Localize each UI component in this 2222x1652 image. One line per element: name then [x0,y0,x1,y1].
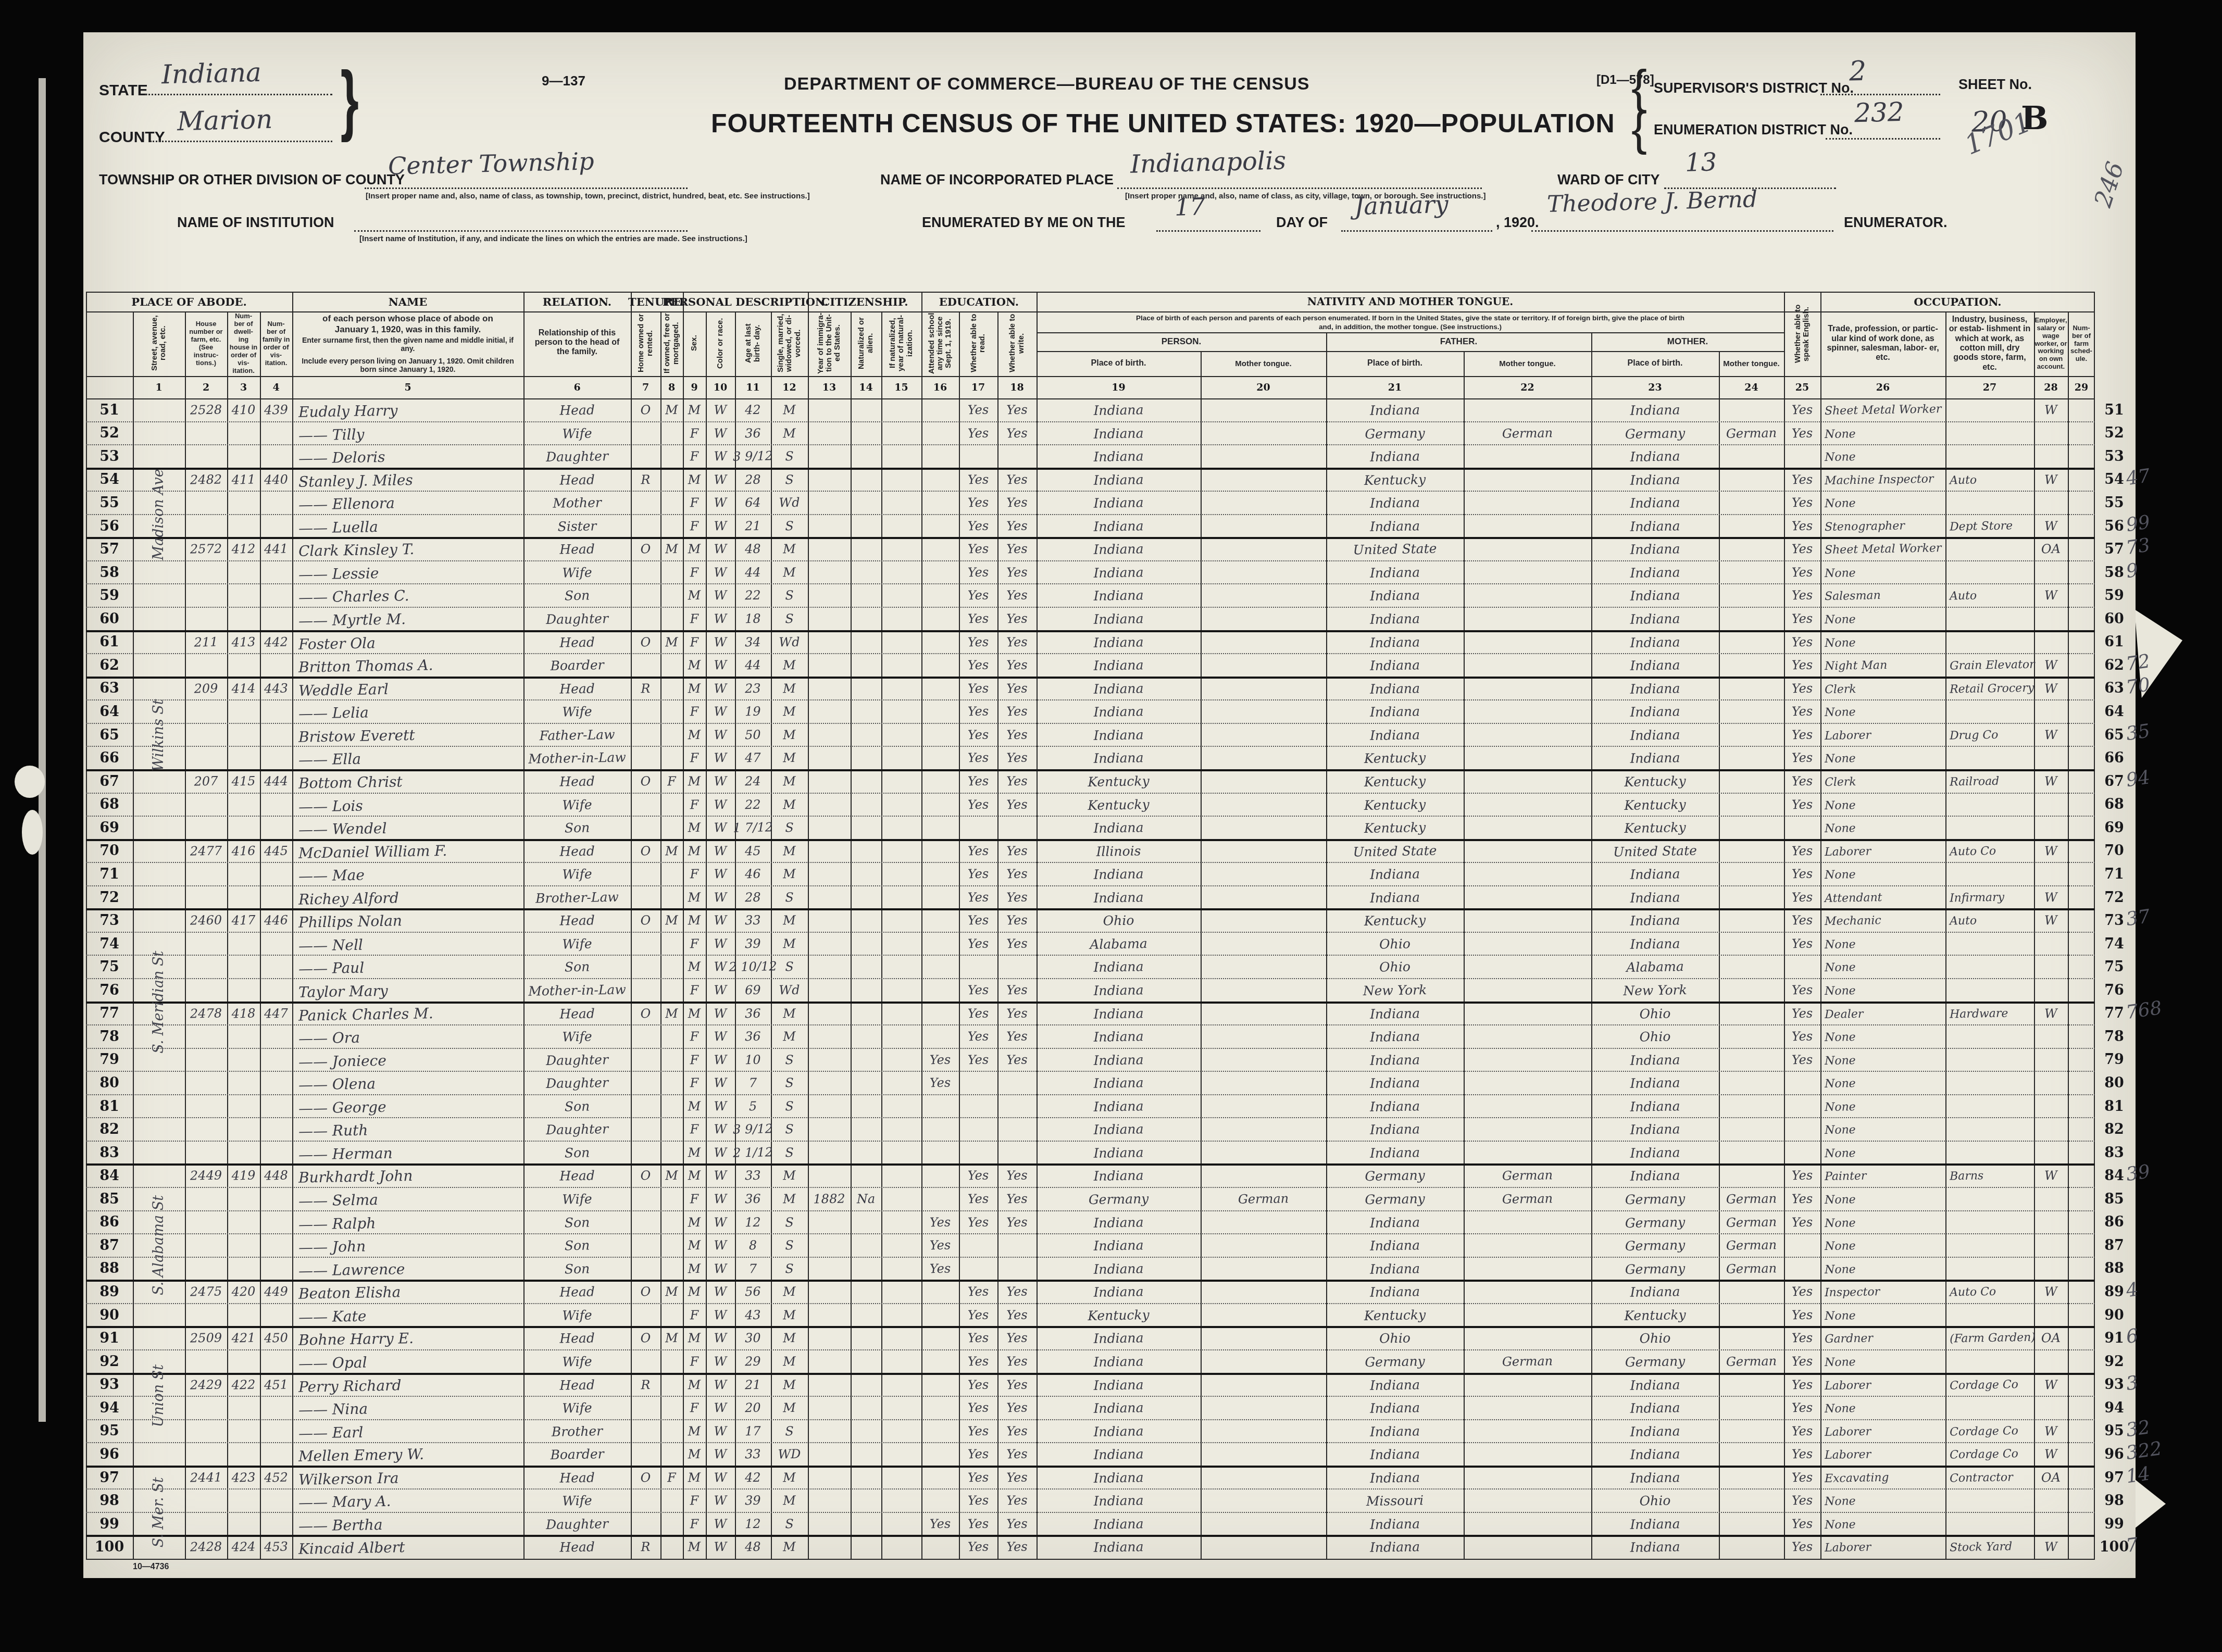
cell-mar: M [772,864,807,885]
cell-mpob: United State [1592,840,1718,862]
cell-sex: F [684,1027,705,1047]
cell-trade: None [1825,700,1945,723]
cell-mar: S [772,469,807,490]
cell-relation: Head [525,539,630,560]
colhead-natyr: If naturalized, year of natural- ization… [882,312,920,374]
cell-emp: W [2035,1374,2067,1395]
cell-industry: Auto [1950,585,2033,606]
cell-pob: Indiana [1038,584,1200,607]
person-name: Wilkerson Ira [298,1466,522,1490]
enumerator-label: ENUMERATOR. [1844,215,1948,231]
cell-relation: Wife [525,1188,630,1210]
cell-mmt: German [1720,422,1783,444]
cell-eng: Yes [1785,1537,1820,1558]
cell-color: W [707,1166,734,1186]
person-name: Kincaid Albert [298,1535,522,1559]
cell-mpob: Indiana [1592,700,1718,723]
line-number-left: 80 [86,1073,133,1093]
cell-industry: Auto Co [1950,1281,2033,1303]
cell-color: W [707,1189,734,1209]
cell-age: 48 [736,539,770,560]
cell-trade: None [1825,1490,1945,1512]
cell-family: 452 [261,1467,292,1488]
cell-pob: Indiana [1038,700,1200,723]
cell-sex: M [684,655,705,675]
cell-pob: Indiana [1038,1443,1200,1466]
cell-pob: Indiana [1038,422,1200,445]
cell-mpob: Indiana [1592,1095,1718,1118]
cell-write: Yes [998,1444,1036,1465]
cell-write: Yes [998,1026,1036,1047]
cell-age: 19 [736,702,770,722]
cell-color: W [707,1444,734,1465]
cell-pob: Indiana [1038,1327,1200,1350]
cell-emp: W [2035,841,2067,861]
col-number: 14 [851,378,881,396]
cell-age: 46 [736,864,770,885]
cell-fm: M [661,910,682,931]
cell-age: 42 [736,1467,770,1488]
cell-eng: Yes [1785,980,1820,1000]
cell-eng: Yes [1785,702,1820,722]
street-name: Union St [137,1330,181,1462]
cell-mpob: Indiana [1592,1049,1718,1071]
margin-scribble: 768 [2125,996,2174,1025]
cell-mar: M [772,1003,807,1024]
cell-fpob: Indiana [1327,654,1463,677]
cell-fpob: New York [1327,979,1463,1002]
cell-sex: F [684,632,705,652]
person-name: —— Lois [298,793,522,817]
cell-mpob: Ohio [1592,1025,1718,1048]
line-number-left: 91 [86,1329,133,1348]
cell-eng: Yes [1785,469,1820,490]
cell-fpob: Indiana [1327,515,1463,537]
cell-write: Yes [998,1305,1036,1325]
group-title-trade: OCCUPATION. [1820,294,2095,309]
cell-mar: M [772,1467,807,1488]
cell-relation: Sister [525,515,630,537]
line-number-left: 62 [86,656,133,675]
cell-fpob: Indiana [1327,492,1463,514]
cell-dwell: 417 [228,910,259,931]
cell-age: 7 [736,1258,770,1279]
cell-read: Yes [960,1537,997,1558]
row-divider [86,1094,2095,1095]
cell-eng: Yes [1785,608,1820,629]
cell-color: W [707,562,734,582]
colhead-nat: Naturalized or alien. [852,312,880,374]
cell-relation: Mother-in-Law [525,747,630,769]
line-number-right: 81 [2096,1097,2132,1116]
cell-relation: Wife [525,933,630,955]
cell-age: 1 7/12 [736,818,770,838]
col-number: 27 [1945,378,2034,396]
cell-or: O [632,1282,660,1302]
line-number-right: 78 [2096,1027,2132,1046]
cell-dwell: 410 [228,399,259,420]
cell-fpob: Indiana [1327,677,1463,699]
cell-read: Yes [960,771,997,792]
cell-color: W [707,423,734,443]
cell-write: Yes [998,1491,1036,1511]
street-name: Wilkins St [137,634,181,836]
cell-fmt: German [1465,1350,1591,1373]
line-number-right: 64 [2096,702,2132,721]
row-divider [86,1349,2095,1350]
cell-mpob: Alabama [1592,956,1718,978]
cell-color: W [707,1328,734,1348]
cell-pob: Indiana [1038,1281,1200,1304]
cell-pob: Indiana [1038,816,1200,839]
cell-color: W [707,1513,734,1534]
cell-write: Yes [998,423,1036,444]
cell-emp: W [2035,1003,2067,1024]
enum-district-line [1826,108,1940,140]
cell-trade: None [1825,631,1945,654]
cell-eng: Yes [1785,1166,1820,1186]
cell-sex: F [684,446,705,467]
cell-mpob: Kentucky [1592,770,1718,793]
row-divider [86,885,2095,886]
cell-house: 2429 [186,1374,227,1395]
col-line [881,311,882,1559]
cell-pob: Kentucky [1038,770,1200,793]
cell-relation: Son [525,956,630,978]
cell-relation: Head [525,1536,630,1558]
group-title-num_l: PLACE OF ABODE. [86,294,292,309]
cell-industry: Cordage Co [1950,1374,2033,1395]
cell-house: 211 [186,632,227,653]
cell-pob: Indiana [1038,631,1200,654]
cell-mar: M [772,724,807,745]
cell-eng: Yes [1785,771,1820,792]
cell-sex: F [684,934,705,954]
cell-or: O [632,539,660,559]
line-number-right: 71 [2096,865,2132,884]
cell-emp: W [2035,399,2067,420]
cell-pob: Indiana [1038,515,1200,537]
cell-fpob: Indiana [1327,631,1463,653]
cell-color: W [707,400,734,420]
cell-pob: Indiana [1038,538,1200,561]
cell-mpob: Ohio [1592,1002,1718,1024]
cell-fpob: Indiana [1327,1536,1463,1558]
header-line [86,376,2095,377]
cell-write: Yes [998,1374,1036,1395]
margin-scribble: 39 [2125,1158,2174,1187]
cell-read: Yes [960,1467,997,1488]
cell-mpob: Kentucky [1592,793,1718,816]
cell-eng: Yes [1785,1188,1820,1209]
cell-write: Yes [998,399,1036,420]
cell-sex: M [684,1374,705,1395]
cell-read: Yes [960,469,997,490]
cell-family: 450 [261,1328,292,1349]
household-divider [86,630,2095,632]
cell-fpob: Kentucky [1327,747,1463,769]
line-number-left: 97 [86,1468,133,1487]
cell-relation: Head [525,840,630,862]
person-name: —— Olena [298,1071,522,1095]
cell-mar: S [772,1119,807,1140]
colhead-street: Street, avenue, road, etc. [134,312,184,374]
cell-eng: Yes [1785,887,1820,908]
cell-mpob: Germany [1592,1211,1718,1233]
cell-relation: Father-Law [525,724,630,746]
nativity-person_label: PERSON. [1037,334,1326,349]
cell-trade: None [1825,1188,1945,1210]
cell-eng: Yes [1785,1212,1820,1233]
line-number-left: 85 [86,1190,133,1209]
cell-trade: Gardner [1825,1327,1945,1349]
cell-relation: Son [525,1234,630,1256]
cell-write: Yes [998,655,1036,676]
cell-emp: W [2035,1444,2067,1465]
cell-family: 449 [261,1282,292,1303]
cell-age: 3 9/12 [736,1119,770,1140]
township-note: [Insert proper name and, also, name of c… [366,192,810,201]
cell-dwell: 415 [228,771,259,792]
header-line [1037,332,1784,333]
cell-age: 22 [736,794,770,815]
line-number-right: 60 [2096,609,2132,629]
cell-pob: Indiana [1038,1420,1200,1443]
col-number: 24 [1719,378,1784,396]
person-name: —— Luella [298,514,522,538]
name-desc: Include every person living on January 1… [295,359,520,371]
person-name: —— Lessie [298,560,522,584]
ward-line [1664,157,1836,189]
colhead-house: House number or farm, etc. (See instruc-… [186,315,226,373]
cell-eng: Yes [1785,1398,1820,1419]
cell-relation: Wife [525,701,630,723]
cell-trade: Sheet Metal Worker [1825,538,1945,560]
cell-sex: M [684,1282,705,1302]
cell-fpob: Germany [1327,1188,1463,1210]
cell-read: Yes [960,748,997,769]
cell-trade: None [1825,1118,1945,1141]
cell-mar: M [772,1351,807,1372]
cell-mmt: German [1720,1188,1783,1210]
cell-mar: M [772,562,807,583]
cell-fpob: Kentucky [1327,909,1463,932]
col-number: 13 [808,378,851,396]
cell-emp: W [2035,724,2067,745]
cell-mpob: Indiana [1592,1443,1718,1466]
cell-color: W [707,748,734,768]
line-number-left: 74 [86,934,133,954]
row-divider [86,1303,2095,1304]
col-line [921,292,922,1559]
cell-trade: None [1825,1072,1945,1094]
cell-trade: Stenographer [1825,515,1945,537]
cell-industry: Stock Yard [1950,1536,2033,1558]
name-desc: of each person whose place of abode on [295,313,520,324]
cell-mar: M [772,771,807,792]
cell-sex: M [684,1467,705,1487]
cell-trade: None [1825,422,1945,445]
cell-house: 2482 [186,469,227,490]
col-line [2068,311,2069,1559]
cell-read: Yes [960,1421,997,1442]
cell-mar: M [772,678,807,699]
cell-mar: S [772,1513,807,1534]
row-divider [86,746,2095,747]
cell-mar: M [772,655,807,676]
cell-industry: Barns [1950,1165,2033,1186]
cell-eng: Yes [1785,1374,1820,1395]
cell-mar: Wd [772,493,807,514]
cell-dwell: 416 [228,841,259,861]
cell-industry: Auto [1950,910,2033,931]
cell-color: W [707,841,734,861]
cell-sex: M [684,539,705,559]
line-number-right: 61 [2096,633,2132,652]
cell-sex: M [684,1166,705,1186]
cell-sex: M [684,469,705,490]
cell-eng: Yes [1785,1444,1820,1465]
row-divider [86,514,2095,515]
cell-family: 447 [261,1003,292,1024]
cell-pob: Indiana [1038,1350,1200,1373]
line-number-right: 72 [2096,888,2132,907]
cell-mpob: Indiana [1592,492,1718,514]
cell-fm: F [661,1467,682,1487]
cell-nat: Na [852,1189,881,1210]
cell-relation: Head [525,1165,630,1187]
cell-or: O [632,841,660,861]
line-number-right: 51 [2096,401,2132,420]
cell-house: 2441 [186,1467,227,1488]
person-name: —— Kate [298,1303,522,1327]
cell-trade: Laborer [1825,1374,1945,1396]
row-divider [86,560,2095,561]
cell-mpob: Indiana [1592,1420,1718,1443]
ward-label: WARD OF CITY [1557,172,1660,188]
cell-read: Yes [960,678,997,699]
cell-dwell: 422 [228,1374,259,1395]
line-number-left: 90 [86,1306,133,1325]
cell-fpob: Indiana [1327,1025,1463,1048]
cell-mar: S [772,608,807,629]
cell-pob: Indiana [1038,1048,1200,1071]
cell-write: Yes [998,1282,1036,1303]
cell-eng: Yes [1785,841,1820,861]
person-name: —— Mary A. [298,1489,522,1513]
person-name: —— John [298,1233,522,1257]
cell-sex: F [684,1073,705,1093]
line-number-left: 70 [86,842,133,861]
line-number-left: 95 [86,1422,133,1441]
cell-or: O [632,1328,660,1348]
cell-read: Yes [960,1188,997,1209]
cell-or: R [632,678,660,698]
cell-sex: F [684,1049,705,1070]
cell-age: 17 [736,1421,770,1442]
cell-house: 2428 [186,1537,227,1558]
cell-read: Yes [960,399,997,420]
cell-mar: S [772,1235,807,1256]
cell-age: 44 [736,562,770,583]
line-number-right: 90 [2096,1306,2132,1325]
cell-mpob: Indiana [1592,561,1718,584]
cell-relation: Brother-Law [525,886,630,908]
cell-relation: Daughter [525,1119,630,1141]
line-number-left: 98 [86,1491,133,1510]
cell-fpob: Indiana [1327,1234,1463,1257]
cell-age: 21 [736,1374,770,1395]
cell-fpob: Kentucky [1327,817,1463,839]
cell-write: Yes [998,516,1036,536]
cell-color: W [707,585,734,606]
cell-fm: M [661,400,682,420]
cell-age: 24 [736,771,770,792]
cell-mar: Wd [772,980,807,1000]
cell-trade: Clerk [1825,678,1945,700]
cell-trade: None [1825,1095,1945,1118]
cell-color: W [707,1282,734,1302]
cell-family: 441 [261,539,292,560]
cell-sex: F [684,1351,705,1372]
sheet-label: SHEET No. [1958,77,2032,93]
cell-mar: Wd [772,632,807,653]
cell-mpob: Indiana [1592,1373,1718,1396]
cell-relation: Son [525,1258,630,1280]
day-line [1156,200,1260,232]
cell-pob: Indiana [1038,1373,1200,1396]
cell-age: 36 [736,1003,770,1024]
colhead-school: Attended school any time since Sept. 1, … [922,312,958,374]
cell-dwell: 412 [228,539,259,560]
cell-or: R [632,1374,660,1395]
cell-age: 30 [736,1328,770,1349]
line-number-right: 88 [2096,1259,2132,1279]
colhead-dwell: Num- ber of dwell- ing house in order of… [229,315,258,373]
cell-industry: Dept Store [1950,515,2033,536]
person-name: Clark Kinsley T. [298,537,522,561]
cell-mpob: Indiana [1592,1513,1718,1535]
line-number-left: 58 [86,563,133,582]
cell-age: 36 [736,1188,770,1209]
cell-eng: Yes [1785,585,1820,606]
person-name: —— Lawrence [298,1257,522,1281]
cell-mar: M [772,841,807,861]
cell-mar: M [772,933,807,954]
line-number-left: 53 [86,447,133,466]
person-name: —— Ruth [298,1118,522,1142]
cell-sex: F [684,1398,705,1418]
sub-pob: Place of birth. [1591,354,1719,373]
cell-dwell: 424 [228,1537,259,1558]
cell-color: W [707,702,734,722]
line-number-left: 51 [86,401,133,420]
colhead-age: Age at last birth- day. [736,312,770,374]
cell-color: W [707,1421,734,1441]
township-line [365,157,688,189]
cell-sex: F [684,493,705,513]
col-number: 15 [881,378,921,396]
cell-relation: Head [525,770,630,792]
cell-mpob: Indiana [1592,469,1718,491]
row-divider [86,1442,2095,1443]
cell-color: W [707,1491,734,1511]
cell-write: Yes [998,1537,1036,1558]
cell-trade: Laborer [1825,840,1945,862]
table-border [86,1559,2095,1560]
row-divider [86,491,2095,492]
cell-mar: M [772,1027,807,1047]
